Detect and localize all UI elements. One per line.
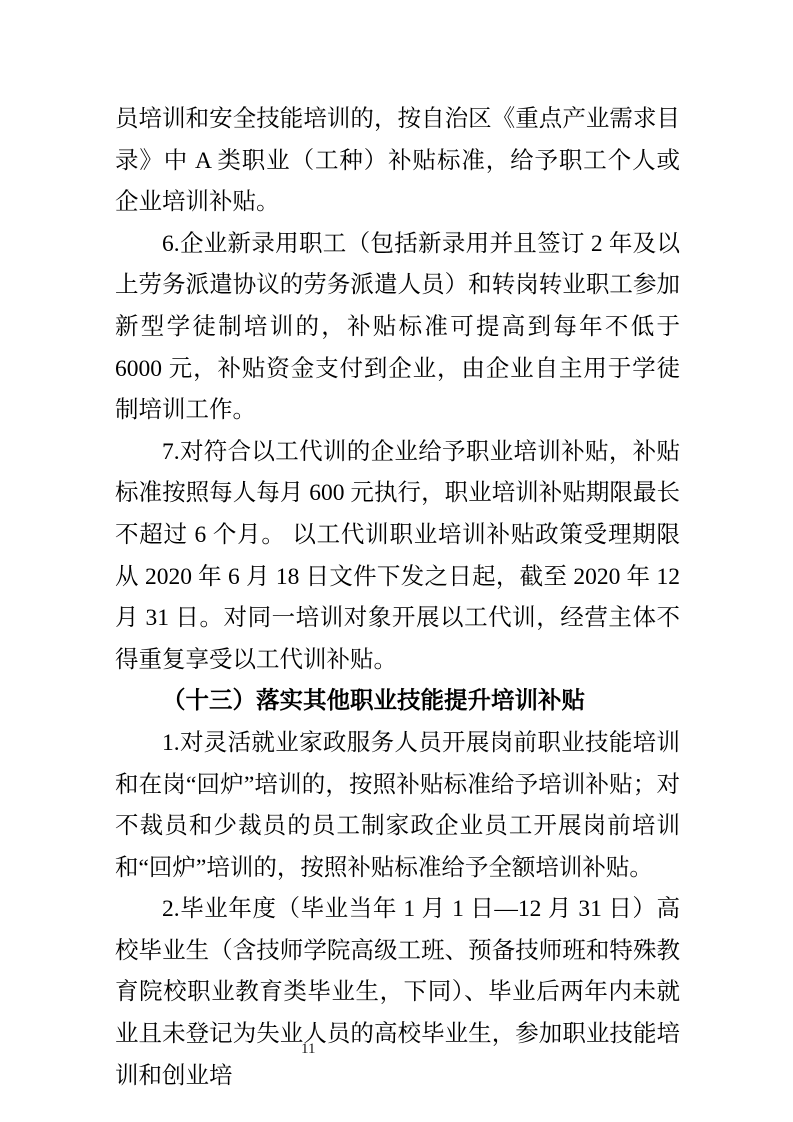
document-body: 员培训和安全技能培训的，按自治区《重点产业需求目录》中 A 类职业（工种）补贴标…: [115, 99, 680, 1097]
paragraph-item-7: 7.对符合以工代训的企业给予职业培训补贴，补贴标准按照每人每月 600 元执行，…: [115, 432, 680, 682]
paragraph-continuation: 员培训和安全技能培训的，按自治区《重点产业需求目录》中 A 类职业（工种）补贴标…: [115, 99, 680, 224]
document-page: 员培训和安全技能培训的，按自治区《重点产业需求目录》中 A 类职业（工种）补贴标…: [0, 0, 793, 1122]
paragraph-item-6: 6.企业新录用职工（包括新录用并且签订 2 年及以上劳务派遣协议的劳务派遣人员）…: [115, 224, 680, 432]
section-heading-13: （十三）落实其他职业技能提升培训补贴: [115, 681, 680, 723]
paragraph-item-1: 1.对灵活就业家政服务人员开展岗前职业技能培训和在岗“回炉”培训的，按照补贴标准…: [115, 723, 680, 889]
page-number: 11: [301, 1042, 315, 1057]
paragraph-item-2: 2.毕业年度（毕业当年 1 月 1 日—12 月 31 日）高校毕业生（含技师学…: [115, 889, 680, 1097]
